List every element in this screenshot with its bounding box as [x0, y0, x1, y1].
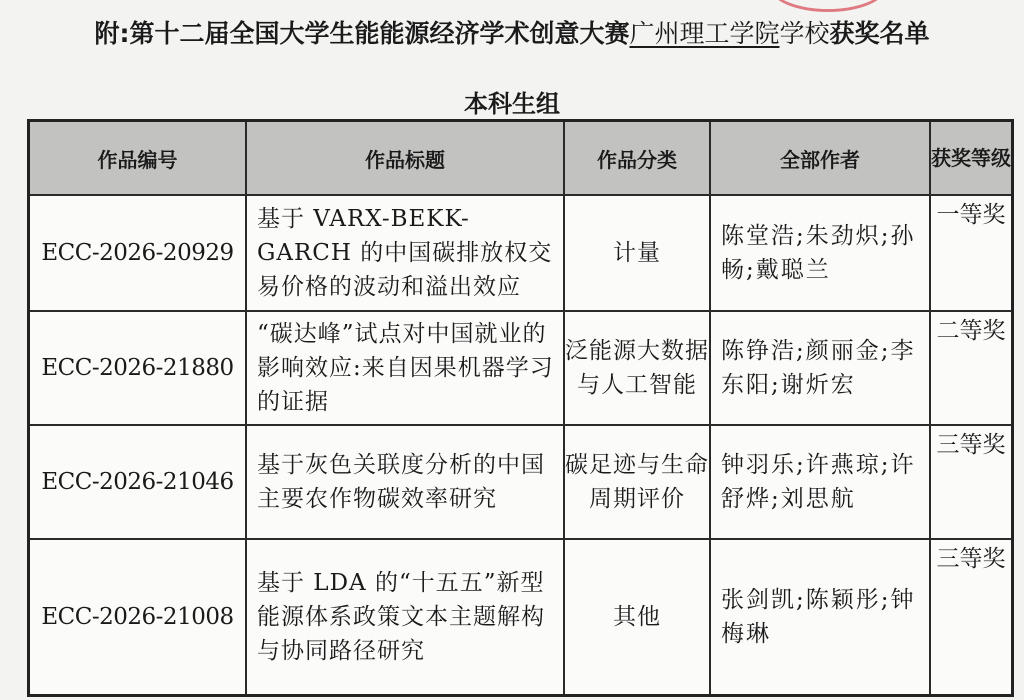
table-row: ECC-2026-21008 基于 LDA 的“十五五”新型能源体系政策文本主题… — [29, 539, 1013, 696]
header-category: 作品分类 — [564, 121, 710, 196]
cell-work-id: ECC-2026-21880 — [29, 311, 247, 425]
cell-award-level: 三等奖 — [930, 539, 1013, 696]
cell-work-title: 基于 VARX-BEKK-GARCH 的中国碳排放权交易价格的波动和溢出效应 — [246, 195, 564, 311]
table-row: ECC-2026-21046 基于灰色关联度分析的中国主要农作物碳效率研究 碳足… — [29, 425, 1013, 539]
cell-award-level: 二等奖 — [930, 311, 1013, 425]
table-row: ECC-2026-20929 基于 VARX-BEKK-GARCH 的中国碳排放… — [29, 195, 1013, 311]
group-title: 本科生组 — [0, 84, 1024, 119]
title-prefix: 附:第十二届全国大学生能能源经济学术创意大赛 — [94, 19, 629, 48]
cell-authors: 陈堂浩;朱劲炽;孙畅;戴聪兰 — [710, 195, 930, 311]
red-seal-stamp — [770, 0, 886, 12]
cell-category: 泛能源大数据与人工智能 — [564, 311, 710, 425]
header-authors: 全部作者 — [710, 121, 930, 196]
header-work-title: 作品标题 — [246, 121, 564, 196]
table-row: ECC-2026-21880 “碳达峰”试点对中国就业的影响效应:来自因果机器学… — [29, 311, 1013, 425]
cell-award-level: 一等奖 — [930, 195, 1013, 311]
cell-work-id: ECC-2026-20929 — [29, 195, 247, 311]
title-school-suffix: 学校 — [779, 19, 829, 48]
cell-work-title: “碳达峰”试点对中国就业的影响效应:来自因果机器学习的证据 — [246, 311, 564, 425]
cell-work-title: 基于灰色关联度分析的中国主要农作物碳效率研究 — [246, 425, 564, 539]
title-suffix: 获奖名单 — [830, 19, 930, 48]
school-name: 广州理工学院 — [629, 19, 779, 48]
cell-work-id: ECC-2026-21008 — [29, 539, 247, 696]
cell-authors: 张剑凯;陈颖彤;钟梅琳 — [710, 539, 930, 696]
awards-table: 作品编号 作品标题 作品分类 全部作者 获奖等级 ECC-2026-20929 … — [27, 119, 1014, 697]
header-award-level: 获奖等级 — [930, 121, 1013, 196]
cell-category: 计量 — [564, 195, 710, 311]
cell-authors: 陈铮浩;颜丽金;李东阳;谢炘宏 — [710, 311, 930, 425]
cell-category: 其他 — [564, 539, 710, 696]
table-header-row: 作品编号 作品标题 作品分类 全部作者 获奖等级 — [29, 121, 1013, 196]
cell-category: 碳足迹与生命周期评价 — [564, 425, 710, 539]
cell-authors: 钟羽乐;许燕琼;许舒烨;刘思航 — [710, 425, 930, 539]
document-title: 附:第十二届全国大学生能能源经济学术创意大赛广州理工学院学校获奖名单 — [0, 14, 1024, 50]
header-work-id: 作品编号 — [29, 121, 247, 196]
cell-work-title: 基于 LDA 的“十五五”新型能源体系政策文本主题解构与协同路径研究 — [246, 539, 564, 696]
cell-work-id: ECC-2026-21046 — [29, 425, 247, 539]
cell-award-level: 三等奖 — [930, 425, 1013, 539]
